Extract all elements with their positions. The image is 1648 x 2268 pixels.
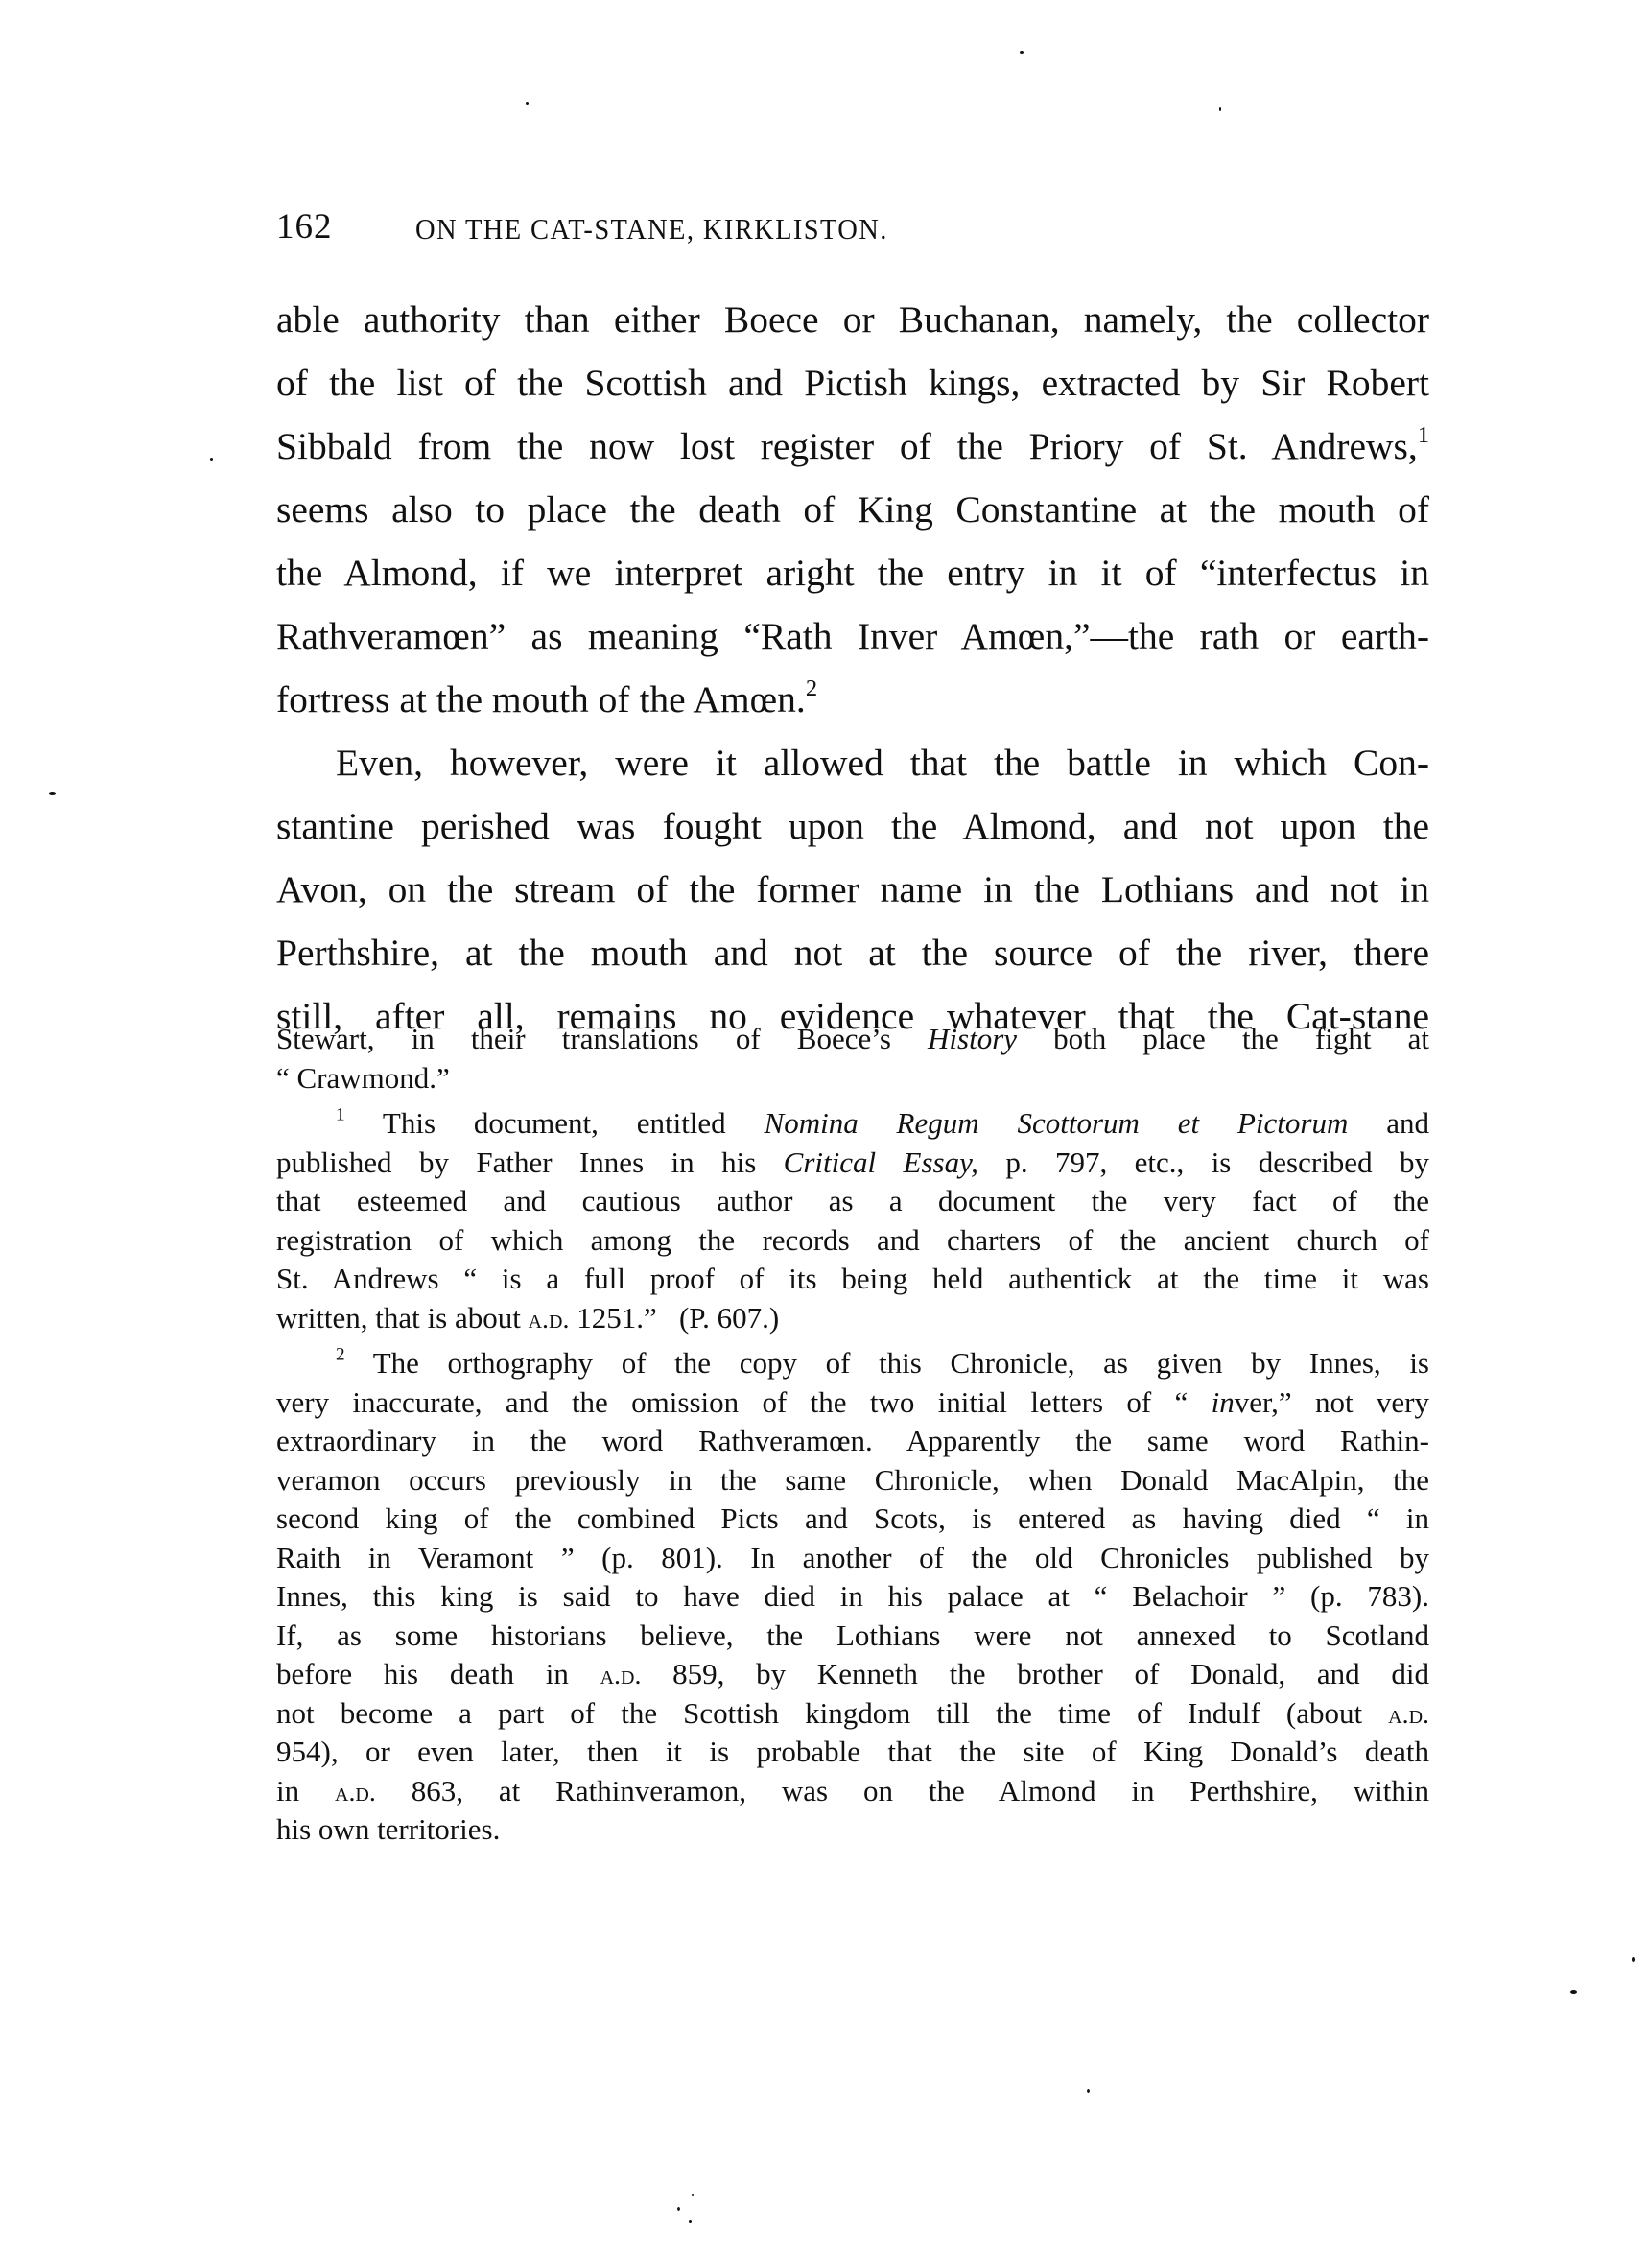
text: published by Father Innes in his [276,1146,784,1179]
text: very inaccurate, and the omission of the… [276,1385,1212,1419]
body-line-text: Sibbald from the now lost register of th… [276,425,1418,467]
footnote-1-line: registration of which among the records … [276,1221,1429,1261]
footnote-2-line: not become a part of the Scottish kingdo… [276,1694,1429,1734]
scan-speck [677,2207,680,2211]
footnote-2-line: Raith in Veramont ” (p. 801). In another… [276,1539,1429,1578]
text: written, that is about [276,1301,529,1335]
text: p. 797, etc., is described by [978,1146,1429,1179]
italic-title: History [928,1022,1017,1055]
scan-speck [210,458,213,461]
footnote-1-line: published by Father Innes in his Critica… [276,1144,1429,1183]
body-line-text: fortress at the mouth of the Amœn. [276,678,806,721]
footnote-2-line: in a.d. 863, at Rathinveramon, was on th… [276,1772,1429,1811]
body-line: fortress at the mouth of the Amœn.2 [276,668,1429,731]
text: both place the fight at [1017,1022,1429,1055]
text: and [1348,1106,1429,1140]
body-line: seems also to place the death of King Co… [276,478,1429,541]
body-line: Sibbald from the now lost register of th… [276,414,1429,478]
footnote-1-line: written, that is about a.d. 1251.” (P. 6… [276,1299,1429,1338]
running-head: 162 ON THE CAT-STANE, KIRKLISTON. [276,203,1427,251]
body-line: the Almond, if we interpret aright the e… [276,541,1429,604]
footnote-1-line: St. Andrews “ is a full proof of its bei… [276,1260,1429,1299]
footnote-2-line: extraordinary in the word Rathveramœn. A… [276,1422,1429,1461]
scan-speck [692,2194,694,2196]
small-caps-ad: a.d. [600,1661,642,1690]
footnote-1-marker: 1 [336,1105,345,1125]
text: The orthography of the copy of this Chro… [345,1346,1429,1380]
body-text: able authority than either Boece or Buch… [276,288,1429,1048]
footnote-ref-2[interactable]: 2 [806,675,817,701]
scan-speck [1570,1990,1577,1994]
body-line: Rathveramœn” as meaning “Rath Inver Amœn… [276,604,1429,668]
scan-speck [1087,2089,1090,2093]
footnote-ref-1[interactable]: 1 [1418,422,1429,448]
text: Stewart, in their translations of Boece’… [276,1022,928,1055]
text: 859, by Kenneth the brother of Donald, a… [641,1657,1429,1690]
scan-speck [526,102,529,105]
scan-speck [1219,107,1221,111]
text: before his death in [276,1657,600,1690]
scan-speck [49,792,56,795]
scan-speck [1020,51,1024,54]
page-number: 162 [276,203,333,251]
footnote-1-line: 1 This document, entitled Nomina Regum S… [276,1104,1429,1144]
footnote-2-line: 954), or even later, then it is probable… [276,1733,1429,1772]
body-line: Avon, on the stream of the former name i… [276,858,1429,921]
footnote-continued-line: Stewart, in their translations of Boece’… [276,1020,1429,1059]
small-caps-ad: a.d. [335,1778,376,1807]
body-line: able authority than either Boece or Buch… [276,288,1429,351]
body-line: Even, however, were it allowed that the … [276,731,1429,794]
text: in [276,1774,335,1807]
italic-title: Critical Essay, [784,1146,978,1179]
body-line: Perthshire, at the mouth and not at the … [276,921,1429,984]
footnote-2-line: veramon occurs previously in the same Ch… [276,1461,1429,1500]
scan-speck [689,2220,692,2223]
text: ver,” not very [1235,1385,1429,1419]
footnotes: Stewart, in their translations of Boece’… [276,1020,1429,1850]
footnote-2-line: 2 The orthography of the copy of this Ch… [276,1344,1429,1383]
body-line: of the list of the Scottish and Pictish … [276,351,1429,414]
small-caps-ad: a.d. [529,1305,570,1335]
footnote-2-line: before his death in a.d. 859, by Kenneth… [276,1655,1429,1694]
footnote-continued-line: “ Crawmond.” [276,1059,1429,1099]
scanned-book-page: 162 ON THE CAT-STANE, KIRKLISTON. able a… [0,0,1648,2268]
italic-word: in [1212,1385,1235,1419]
footnote-1-line: that esteemed and cautious author as a d… [276,1182,1429,1221]
footnote-2-line: his own territories. [276,1810,1429,1850]
scan-speck [1632,1957,1635,1962]
footnote-2-line: second king of the combined Picts and Sc… [276,1500,1429,1539]
running-title: ON THE CAT-STANE, KIRKLISTON. [415,207,888,251]
text: 863, at Rathinveramon, was on the Almond… [376,1774,1429,1807]
footnote-2-line: If, as some historians believe, the Loth… [276,1617,1429,1656]
footnote-2-line: Innes, this king is said to have died in… [276,1577,1429,1617]
text: This document, entitled [345,1106,765,1140]
footnote-2-marker: 2 [336,1345,345,1365]
small-caps-ad: a.d. [1388,1700,1429,1730]
footnote-2-line: very inaccurate, and the omission of the… [276,1383,1429,1423]
italic-title: Nomina Regum Scottorum et Pictorum [765,1106,1349,1140]
body-line: stantine perished was fought upon the Al… [276,794,1429,858]
text: 1251.” (P. 607.) [569,1301,779,1335]
text: not become a part of the Scottish kingdo… [276,1696,1388,1730]
